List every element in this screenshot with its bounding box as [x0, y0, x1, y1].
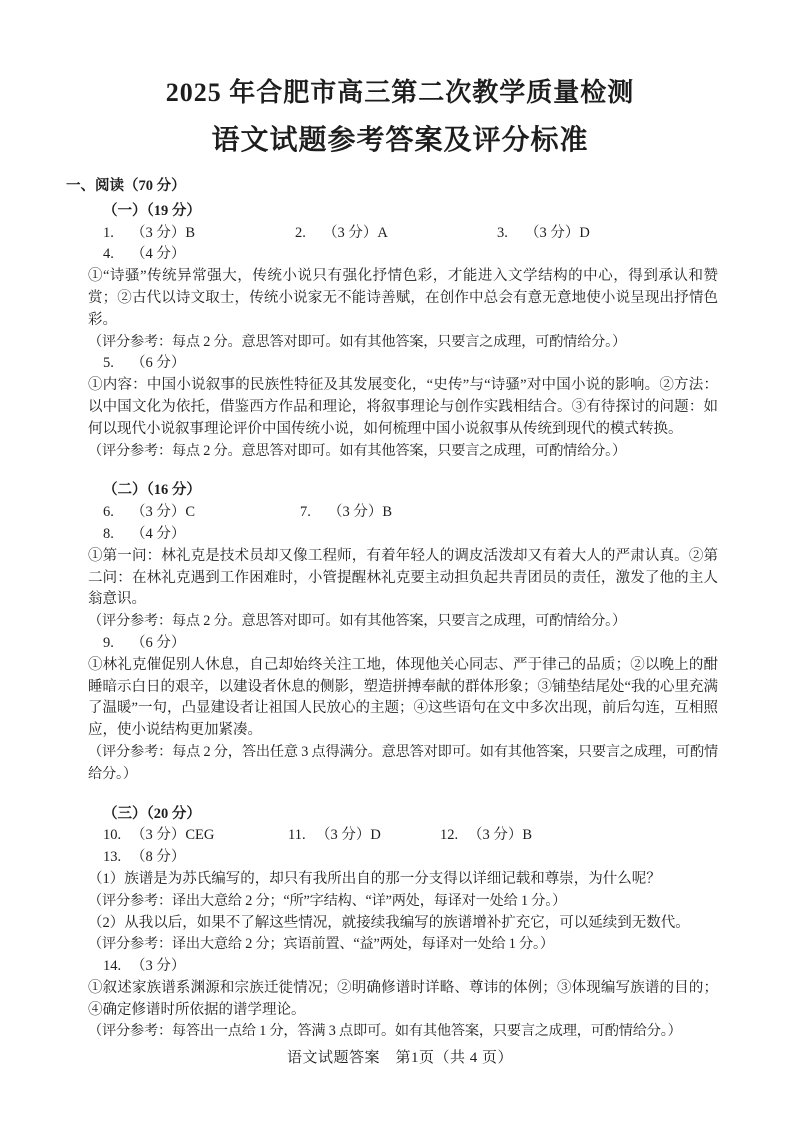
question-score: （3 分）: [131, 958, 185, 974]
answer-number: 7.: [300, 502, 328, 524]
answer-item-3: 3.（3 分）D: [497, 223, 590, 245]
answer-row-6-7: 6.（3 分）C 7.（3 分）B: [103, 502, 718, 524]
question-13-scoring-note-2: （评分参考：译出大意给 2 分；宾语前置、“益”两处，每译对一处给 1 分。）: [88, 934, 718, 956]
answer-number: 12.: [440, 825, 468, 847]
answer-number: 3.: [497, 223, 525, 245]
question-9-scoring-note: （评分参考：每点 2 分，答出任意 3 点得满分。意思答对即可。如有其他答案，只…: [88, 742, 718, 786]
section-gap: [66, 786, 718, 801]
question-8-header: 8.（4 分）: [103, 524, 718, 546]
question-5-header: 5.（6 分）: [103, 353, 718, 375]
answer-item-2: 2.（3 分）A: [295, 223, 497, 245]
answer-text: （3 分）D: [525, 223, 590, 245]
answer-item-7: 7.（3 分）B: [300, 502, 392, 524]
question-4-scoring-note: （评分参考：每点 2 分。意思答对即可。如有其他答案，只要言之成理，可酌情给分。…: [88, 332, 718, 354]
answer-text: （3 分）D: [316, 825, 381, 847]
answer-text: （3 分）B: [131, 223, 195, 245]
answer-item-6: 6.（3 分）C: [103, 502, 300, 524]
question-9-header: 9.（6 分）: [103, 633, 718, 655]
answer-number: 1.: [103, 223, 131, 245]
question-score: （4 分）: [131, 526, 185, 542]
question-score: （8 分）: [131, 849, 185, 865]
question-8-scoring-note: （评分参考：每点 2 分。意思答对即可。如有其他答案，只要言之成理，可酌情给分。…: [88, 611, 718, 633]
answer-text: （3 分）C: [131, 502, 195, 524]
question-number: 5.: [103, 353, 131, 375]
document-body: 一、阅读（70 分） （一）（19 分） 1.（3 分）B 2.（3 分）A 3…: [66, 176, 718, 1043]
question-9-answer: ①林礼克催促别人休息，自己却始终关注工地，体现他关心同志、严于律己的品质；②以晚…: [88, 655, 718, 742]
answer-item-12: 12.（3 分）B: [440, 825, 532, 847]
answer-number: 6.: [103, 502, 131, 524]
question-number: 8.: [103, 524, 131, 546]
page-footer: 语文试题答案 第1页（共 4 页）: [0, 1046, 800, 1067]
section-reading-heading: 一、阅读（70 分）: [66, 176, 718, 198]
answer-number: 2.: [295, 223, 323, 245]
answer-text: （3 分）B: [468, 825, 532, 847]
answer-item-10: 10.（3 分）CEG: [103, 825, 288, 847]
part3-heading: （三）（20 分）: [103, 804, 718, 826]
question-13-answer-1: （1）族谱是为苏氏编写的，却只有我所出自的那一分支得以详细记载和尊崇，为什么呢？: [88, 869, 718, 891]
question-8-answer: ①第一问：林礼克是技术员却又像工程师，有着年轻人的调皮活泼却又有着大人的严肃认真…: [88, 546, 718, 611]
answer-item-1: 1.（3 分）B: [103, 223, 295, 245]
answer-text: （3 分）B: [328, 502, 392, 524]
part1-heading: （一）（19 分）: [103, 201, 718, 223]
question-14-header: 14.（3 分）: [103, 956, 718, 978]
question-score: （6 分）: [131, 355, 185, 371]
answer-text: （3 分）CEG: [131, 825, 214, 847]
answer-item-11: 11.（3 分）D: [288, 825, 440, 847]
question-5-scoring-note: （评分参考：每点 2 分。意思答对即可。如有其他答案，只要言之成理，可酌情给分。…: [88, 441, 718, 463]
question-number: 4.: [103, 244, 131, 266]
question-number: 9.: [103, 633, 131, 655]
answer-number: 10.: [103, 825, 131, 847]
question-4-header: 4.（4 分）: [103, 244, 718, 266]
answer-sheet-page: 2025 年合肥市高三第二次教学质量检测 语文试题参考答案及评分标准 一、阅读（…: [0, 0, 800, 1131]
section-gap: [66, 462, 718, 477]
question-number: 14.: [103, 956, 131, 978]
question-14-answer: ①叙述家族谱系渊源和宗族迁徙情况；②明确修谱时详略、尊讳的体例；③体现编写族谱的…: [88, 978, 718, 1022]
question-14-scoring-note: （评分参考：每答出一点给 1 分，答满 3 点即可。如有其他答案，只要言之成理，…: [88, 1021, 718, 1043]
doc-subtitle: 语文试题参考答案及评分标准: [0, 122, 800, 158]
answer-text: （3 分）A: [323, 223, 388, 245]
question-13-answer-2: （2）从我以后，如果不了解这些情况，就接续我编写的族谱增补扩充它，可以延续到无数…: [88, 913, 718, 935]
question-number: 13.: [103, 847, 131, 869]
question-13-scoring-note-1: （评分参考：译出大意给 2 分；“所”字结构、“详”两处，每译对一处给 1 分。…: [88, 891, 718, 913]
question-13-header: 13.（8 分）: [103, 847, 718, 869]
doc-title: 2025 年合肥市高三第二次教学质量检测: [0, 76, 800, 110]
answer-row-10-12: 10.（3 分）CEG 11.（3 分）D 12.（3 分）B: [103, 825, 718, 847]
question-5-answer: ①内容：中国小说叙事的民族性特征及其发展变化，“史传”与“诗骚”对中国小说的影响…: [88, 375, 718, 440]
part2-heading: （二）（16 分）: [103, 480, 718, 502]
question-score: （4 分）: [131, 246, 185, 262]
answer-row-1-3: 1.（3 分）B 2.（3 分）A 3.（3 分）D: [103, 223, 718, 245]
answer-number: 11.: [288, 825, 316, 847]
question-4-answer: ①“诗骚”传统异常强大，传统小说只有强化抒情色彩，才能进入文学结构的中心，得到承…: [88, 266, 718, 331]
question-score: （6 分）: [131, 635, 185, 651]
